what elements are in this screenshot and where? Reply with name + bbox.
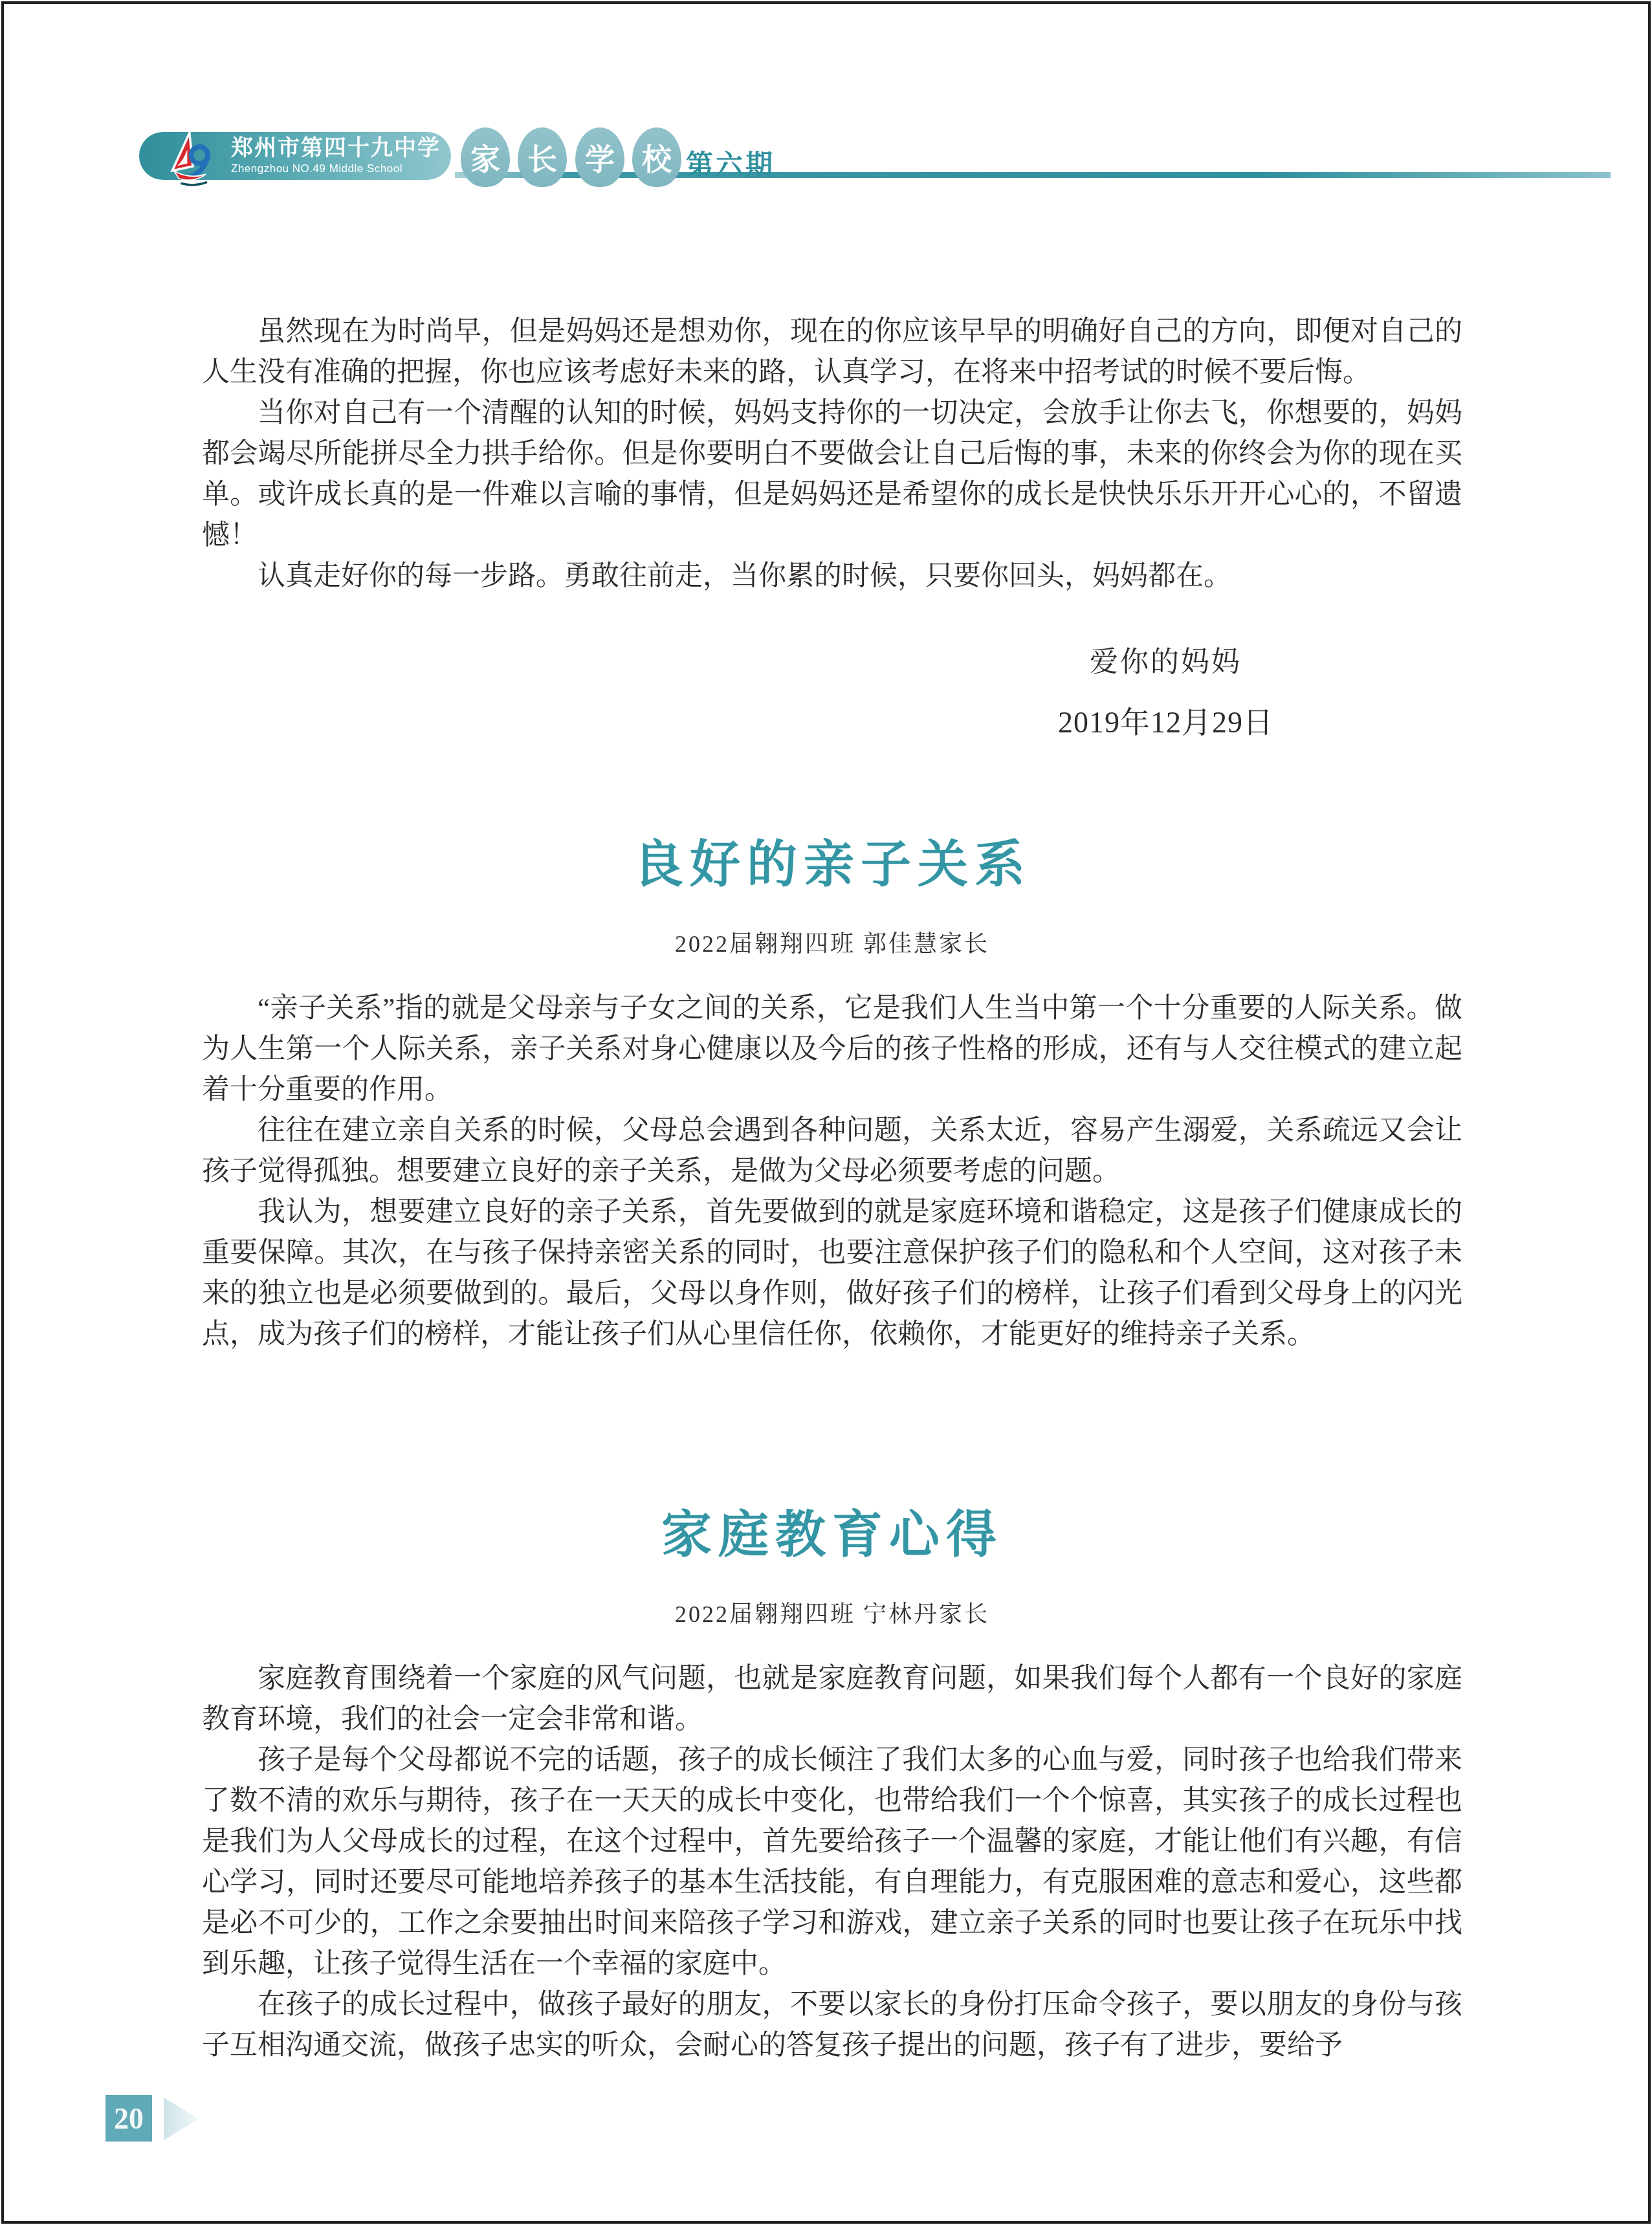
page-content: 虽然现在为时尚早，但是妈妈还是想劝你，现在的你应该早早的明确好自己的方向，即便对…: [202, 311, 1462, 2066]
school-banner: 郑州市第四十九中学 Zhengzhou NO.49 Middle School: [139, 132, 451, 180]
letter-paragraph: 虽然现在为时尚早，但是妈妈还是想劝你，现在的你应该早早的明确好自己的方向，即便对…: [202, 311, 1462, 393]
letter-date: 2019年12月29日: [1058, 702, 1273, 743]
header-divider-line: [455, 172, 1611, 178]
article-body: 家庭教育围绕着一个家庭的风气问题，也就是家庭教育问题，如果我们每个人都有一个良好…: [202, 1658, 1462, 2066]
article-title-parent-child-relationship: 良好的亲子关系: [202, 840, 1462, 890]
article-paragraph: 我认为，想要建立良好的亲子关系，首先要做到的就是家庭环境和谐稳定，这是孩子们健康…: [202, 1192, 1462, 1355]
article-paragraph: 家庭教育围绕着一个家庭的风气问题，也就是家庭教育问题，如果我们每个人都有一个良好…: [202, 1658, 1462, 1740]
page-number-badge: 20: [105, 2095, 152, 2142]
header-badge-zhang: 长: [518, 127, 567, 187]
article-paragraph: 孩子是每个父母都说不完的话题，孩子的成长倾注了我们太多的心血与爱，同时孩子也给我…: [202, 1740, 1462, 1984]
header-badge-jia: 家: [461, 127, 510, 187]
badge-char: 家: [470, 136, 500, 179]
header-badge-xiao: 校: [632, 127, 681, 187]
article-paragraph: 在孩子的成长过程中，做孩子最好的朋友，不要以家长的身份打压命令孩子，要以朋友的身…: [202, 1984, 1462, 2066]
badge-char: 校: [642, 136, 672, 179]
article-title-family-education: 家庭教育心得: [202, 1510, 1462, 1561]
page-number-arrow-icon: [164, 2098, 199, 2140]
school-name-cn: 郑州市第四十九中学: [231, 137, 441, 160]
badge-char: 学: [585, 136, 615, 179]
letter-signature: 爱你的妈妈: [1058, 642, 1273, 683]
article-paragraph: “亲子关系”指的就是父母亲与子女之间的关系，它是我们人生当中第一个十分重要的人际…: [202, 988, 1462, 1110]
article-byline: 2022届翱翔四班 郭佳慧家长: [202, 924, 1462, 965]
article-paragraph: 往往在建立亲自关系的时候，父母总会遇到各种问题，关系太近，容易产生溺爱，关系疏远…: [202, 1110, 1462, 1192]
badge-char: 长: [527, 136, 557, 179]
article-body: “亲子关系”指的就是父母亲与子女之间的关系，它是我们人生当中第一个十分重要的人际…: [202, 988, 1462, 1355]
article-byline: 2022届翱翔四班 宁林丹家长: [202, 1594, 1462, 1635]
sailboat-49-logo-icon: [165, 131, 221, 186]
school-name-en: Zhengzhou NO.49 Middle School: [231, 163, 441, 175]
letter-paragraph: 认真走好你的每一步路。勇敢往前走，当你累的时候，只要你回头，妈妈都在。: [202, 556, 1462, 597]
magazine-page: 郑州市第四十九中学 Zhengzhou NO.49 Middle School …: [0, 0, 1652, 2225]
issue-label: 第六期: [686, 144, 775, 182]
letter-signature-block: 爱你的妈妈 2019年12月29日: [1058, 642, 1273, 743]
letter-paragraph: 当你对自己有一个清醒的认知的时候，妈妈支持你的一切决定，会放手让你去飞，你想要的…: [202, 393, 1462, 556]
school-name-block: 郑州市第四十九中学 Zhengzhou NO.49 Middle School: [231, 137, 441, 175]
header-badge-xue: 学: [575, 127, 624, 187]
